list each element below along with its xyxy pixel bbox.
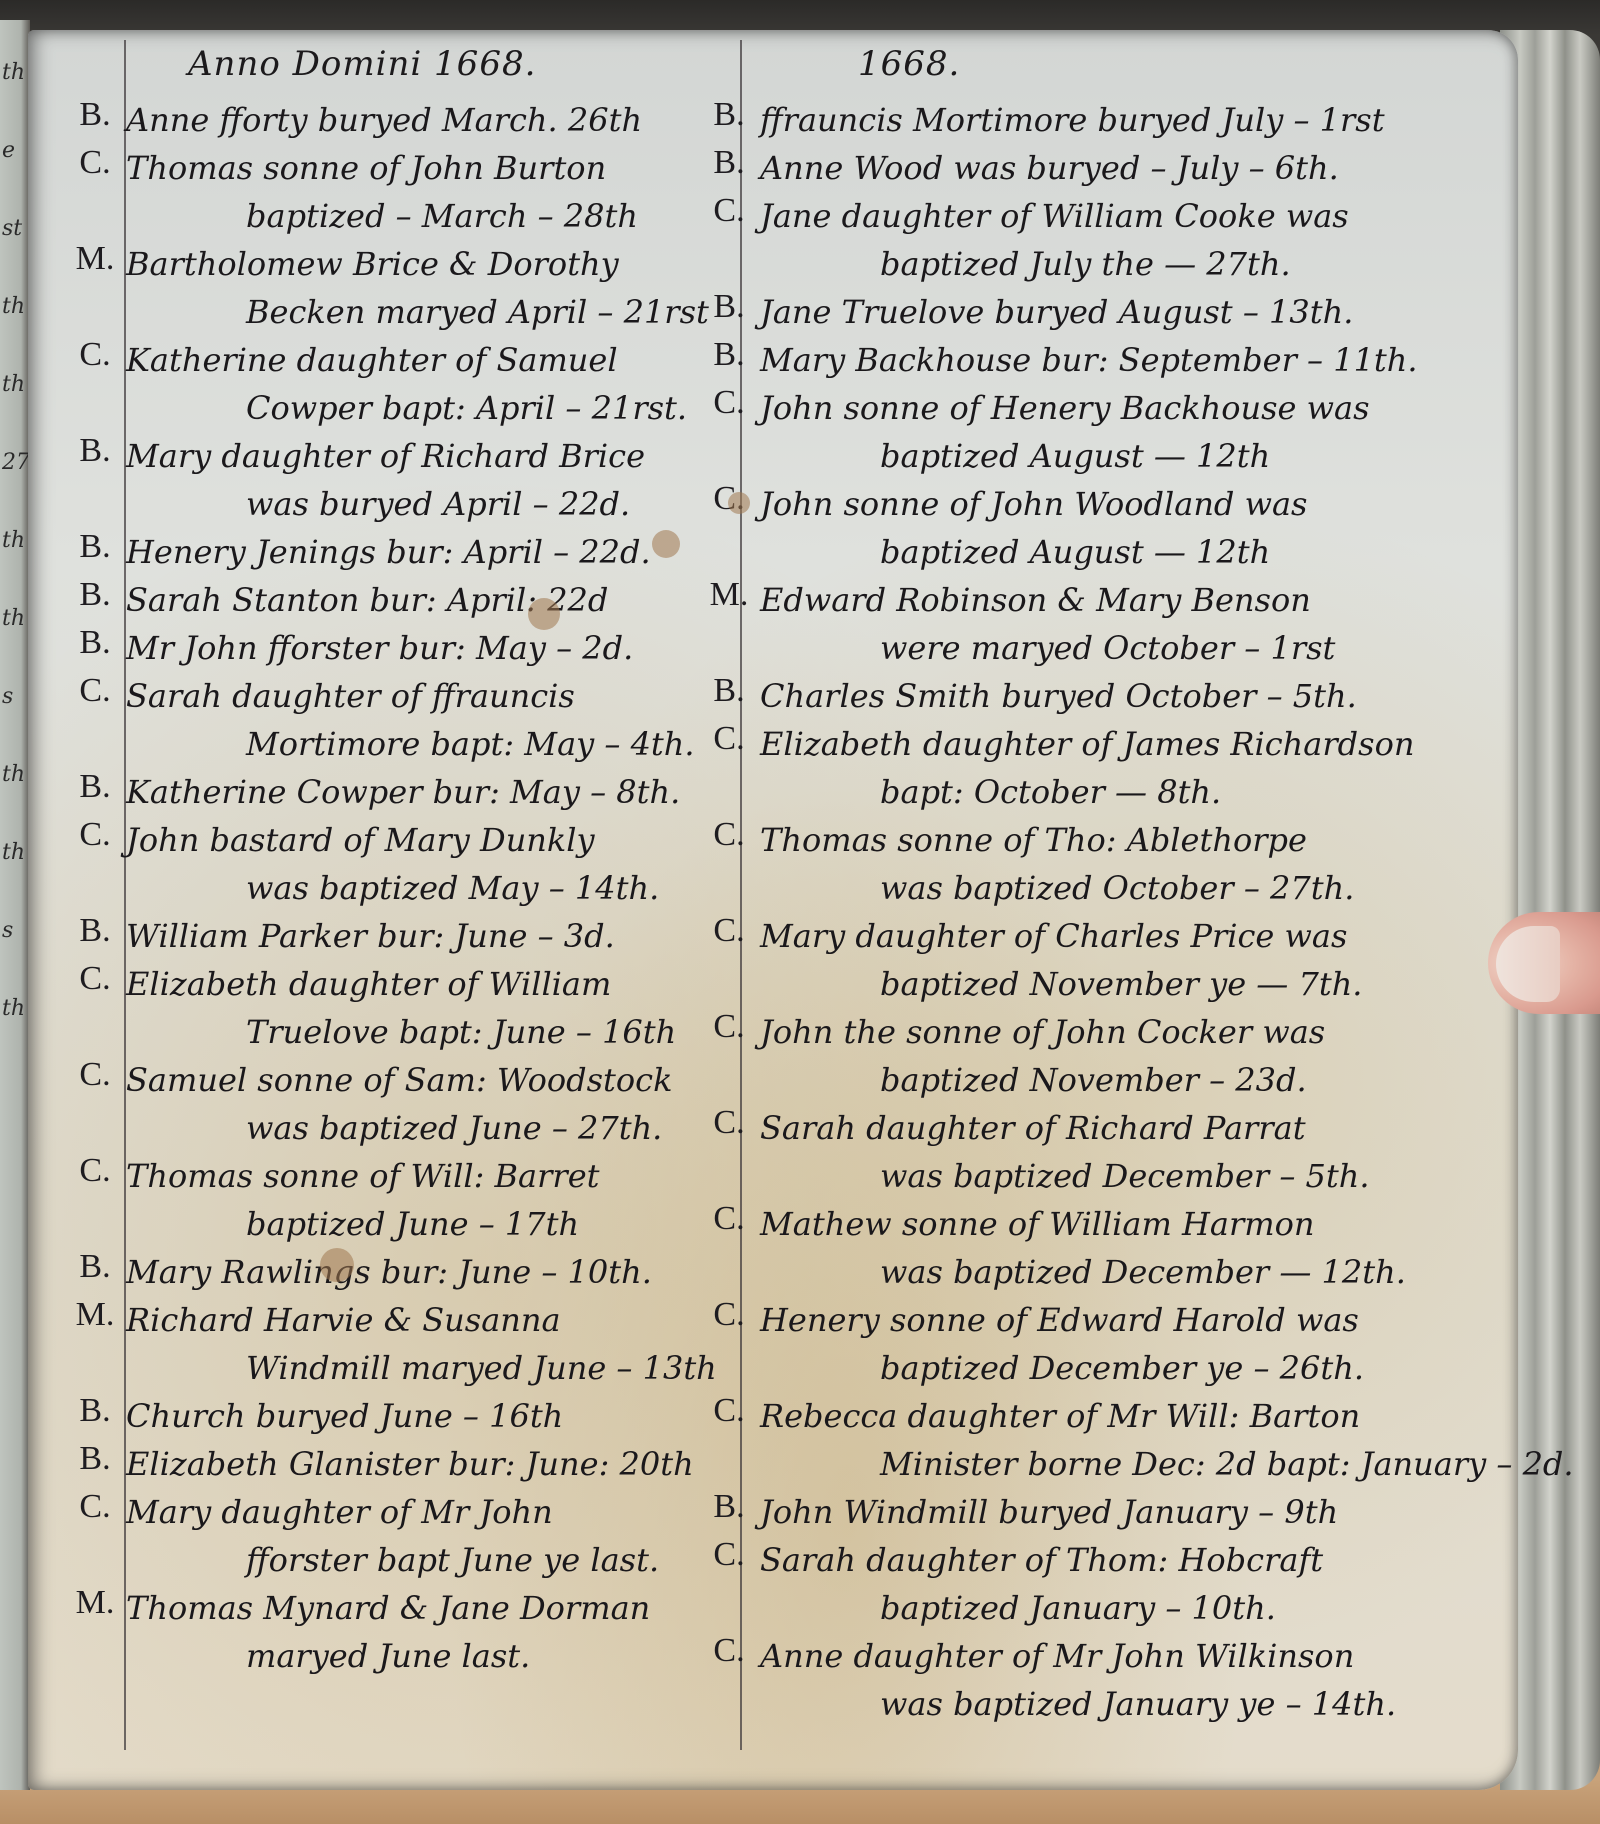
entry-type-marker: B. xyxy=(698,672,760,710)
entry-line: ffrauncis Mortimore buryed July – 1rst xyxy=(760,96,1518,144)
register-entry: B.Elizabeth Glanister bur: June: 20th xyxy=(64,1440,724,1488)
entry-line: baptized December ye – 26th. xyxy=(760,1344,1518,1392)
entry-text: Bartholomew Brice & DorothyBecken maryed… xyxy=(126,240,724,336)
entry-line: Henery sonne of Edward Harold was xyxy=(760,1296,1518,1344)
entry-line: Minister borne Dec: 2d bapt: January – 2… xyxy=(760,1440,1574,1488)
entry-line: were maryed October – 1rst xyxy=(760,624,1518,672)
register-entry: C.Elizabeth daughter of James Richardson… xyxy=(698,720,1518,816)
entry-type-marker: B. xyxy=(64,624,126,662)
entry-text: Henery sonne of Edward Harold wasbaptize… xyxy=(760,1296,1518,1392)
entry-type-marker: C. xyxy=(64,672,126,710)
entry-line: Katherine Cowper bur: May – 8th. xyxy=(126,768,724,816)
entry-text: Edward Robinson & Mary Bensonwere maryed… xyxy=(760,576,1518,672)
register-entry: C.Mary daughter of Mr Johnfforster bapt … xyxy=(64,1488,724,1584)
entry-text: Church buryed June – 16th xyxy=(126,1392,724,1440)
entry-line: Elizabeth daughter of James Richardson xyxy=(760,720,1518,768)
entry-line: Truelove bapt: June – 16th xyxy=(126,1008,724,1056)
register-entry: M.Thomas Mynard & Jane Dormanmaryed June… xyxy=(64,1584,724,1680)
left-column-entries: B.Anne fforty buryed March. 26thC.Thomas… xyxy=(64,96,724,1680)
entry-text: Sarah daughter of ffrauncisMortimore bap… xyxy=(126,672,724,768)
register-entry: B.Jane Truelove buryed August – 13th. xyxy=(698,288,1518,336)
entry-type-marker: C. xyxy=(64,336,126,374)
register-entry: B.Mr John fforster bur: May – 2d. xyxy=(64,624,724,672)
entry-line: Mary daughter of Richard Brice xyxy=(126,432,724,480)
entry-text: Mary daughter of Charles Price wasbaptiz… xyxy=(760,912,1518,1008)
entry-text: Charles Smith buryed October – 5th. xyxy=(760,672,1518,720)
entry-line: Mathew sonne of William Harmon xyxy=(760,1200,1518,1248)
entry-text: Mary Backhouse bur: September – 11th. xyxy=(760,336,1518,384)
register-entry: B.Sarah Stanton bur: April: 22d xyxy=(64,576,724,624)
entry-line: Thomas Mynard & Jane Dorman xyxy=(126,1584,724,1632)
entry-type-marker: B. xyxy=(64,96,126,134)
register-entry: B.Anne Wood was buryed – July – 6th. xyxy=(698,144,1518,192)
entry-line: John bastard of Mary Dunkly xyxy=(126,816,724,864)
entry-type-marker: C. xyxy=(64,1056,126,1094)
entry-text: Anne fforty buryed March. 26th xyxy=(126,96,724,144)
entry-line: was baptized June – 27th. xyxy=(126,1104,724,1152)
register-entry: C.Rebecca daughter of Mr Will: BartonMin… xyxy=(698,1392,1518,1488)
entry-line: John the sonne of John Cocker was xyxy=(760,1008,1518,1056)
entry-text: Mr John fforster bur: May – 2d. xyxy=(126,624,724,672)
register-entry: C.Mathew sonne of William Harmonwas bapt… xyxy=(698,1200,1518,1296)
entry-type-marker: B. xyxy=(698,336,760,374)
entry-line: Mary Rawlings bur: June – 10th. xyxy=(126,1248,724,1296)
register-entry: C.Henery sonne of Edward Harold wasbapti… xyxy=(698,1296,1518,1392)
entry-text: John Windmill buryed January – 9th xyxy=(760,1488,1518,1536)
entry-text: Sarah daughter of Richard Parratwas bapt… xyxy=(760,1104,1518,1200)
entry-type-marker: C. xyxy=(698,1392,760,1430)
entry-text: Mary daughter of Richard Bricewas buryed… xyxy=(126,432,724,528)
previous-page-fragment: e xyxy=(2,138,15,163)
entry-line: Anne daughter of Mr John Wilkinson xyxy=(760,1632,1518,1680)
entry-text: Jane daughter of William Cooke wasbaptiz… xyxy=(760,192,1518,288)
register-entry: C.Elizabeth daughter of WilliamTruelove … xyxy=(64,960,724,1056)
entry-text: William Parker bur: June – 3d. xyxy=(126,912,724,960)
entry-type-marker: C. xyxy=(698,1632,760,1670)
entry-line: baptized November ye — 7th. xyxy=(760,960,1518,1008)
entry-line: baptized January – 10th. xyxy=(760,1584,1518,1632)
entry-text: Rebecca daughter of Mr Will: BartonMinis… xyxy=(760,1392,1574,1488)
entry-line: Richard Harvie & Susanna xyxy=(126,1296,724,1344)
entry-type-marker: M. xyxy=(64,1584,126,1622)
entry-type-marker: C. xyxy=(698,192,760,230)
register-entry: M.Edward Robinson & Mary Bensonwere mary… xyxy=(698,576,1518,672)
entry-line: baptized August — 12th xyxy=(760,432,1518,480)
entry-type-marker: B. xyxy=(64,432,126,470)
register-entry: B.Mary daughter of Richard Bricewas bury… xyxy=(64,432,724,528)
entry-line: was baptized May – 14th. xyxy=(126,864,724,912)
entry-line: Mortimore bapt: May – 4th. xyxy=(126,720,724,768)
previous-page-fragment: th xyxy=(2,606,25,631)
register-entry: B.Anne fforty buryed March. 26th xyxy=(64,96,724,144)
entry-type-marker: C. xyxy=(698,720,760,758)
stain xyxy=(652,530,680,558)
entry-text: Elizabeth Glanister bur: June: 20th xyxy=(126,1440,724,1488)
entry-type-marker: C. xyxy=(698,1536,760,1574)
register-entry: C.John the sonne of John Cocker wasbapti… xyxy=(698,1008,1518,1104)
entry-line: Samuel sonne of Sam: Woodstock xyxy=(126,1056,724,1104)
entry-text: Thomas sonne of Tho: Ablethorpewas bapti… xyxy=(760,816,1518,912)
entry-line: Mary daughter of Charles Price was xyxy=(760,912,1518,960)
entry-line: Mary Backhouse bur: September – 11th. xyxy=(760,336,1518,384)
register-entry: C.Sarah daughter of Thom: Hobcraftbaptiz… xyxy=(698,1536,1518,1632)
right-column-entries: B.ffrauncis Mortimore buryed July – 1rst… xyxy=(698,96,1518,1728)
right-page-heading: 1668. xyxy=(858,44,960,84)
entry-line: maryed June last. xyxy=(126,1632,724,1680)
entry-line: Anne Wood was buryed – July – 6th. xyxy=(760,144,1518,192)
entry-line: Jane Truelove buryed August – 13th. xyxy=(760,288,1518,336)
entry-line: Church buryed June – 16th xyxy=(126,1392,724,1440)
entry-line: Thomas sonne of Will: Barret xyxy=(126,1152,724,1200)
previous-page-fragment: th xyxy=(2,840,25,865)
register-entry: B.Mary Rawlings bur: June – 10th. xyxy=(64,1248,724,1296)
entry-line: Katherine daughter of Samuel xyxy=(126,336,724,384)
previous-page-edge: thestthth27ththsththsth xyxy=(0,20,30,1790)
register-entry: B.ffrauncis Mortimore buryed July – 1rst xyxy=(698,96,1518,144)
register-entry: B.John Windmill buryed January – 9th xyxy=(698,1488,1518,1536)
register-entry: C.Mary daughter of Charles Price wasbapt… xyxy=(698,912,1518,1008)
register-page: Anno Domini 1668. 1668. B.Anne fforty bu… xyxy=(28,30,1518,1790)
entry-type-marker: C. xyxy=(64,960,126,998)
entry-type-marker: B. xyxy=(698,1488,760,1526)
stain xyxy=(728,492,750,514)
entry-type-marker: B. xyxy=(64,528,126,566)
entry-text: John bastard of Mary Dunklywas baptized … xyxy=(126,816,724,912)
previous-page-fragment: s xyxy=(2,684,13,709)
entry-text: Samuel sonne of Sam: Woodstockwas baptiz… xyxy=(126,1056,724,1152)
entry-line: Elizabeth Glanister bur: June: 20th xyxy=(126,1440,724,1488)
entry-line: baptized November – 23d. xyxy=(760,1056,1518,1104)
stain xyxy=(320,1248,354,1282)
entry-type-marker: B. xyxy=(64,1248,126,1286)
entry-text: ffrauncis Mortimore buryed July – 1rst xyxy=(760,96,1518,144)
entry-text: Elizabeth daughter of WilliamTruelove ba… xyxy=(126,960,724,1056)
register-entry: B.Church buryed June – 16th xyxy=(64,1392,724,1440)
register-entry: C.Thomas sonne of John Burtonbaptized – … xyxy=(64,144,724,240)
entry-line: Mr John fforster bur: May – 2d. xyxy=(126,624,724,672)
entry-text: Elizabeth daughter of James Richardsonba… xyxy=(760,720,1518,816)
entry-type-marker: B. xyxy=(698,288,760,326)
register-entry: C.Thomas sonne of Will: Barretbaptized J… xyxy=(64,1152,724,1248)
entry-type-marker: B. xyxy=(64,912,126,950)
entry-type-marker: B. xyxy=(698,144,760,182)
thumb-holding-page xyxy=(1488,912,1600,1014)
entry-text: Katherine daughter of SamuelCowper bapt:… xyxy=(126,336,724,432)
register-entry: B.Henery Jenings bur: April – 22d. xyxy=(64,528,724,576)
entry-line: Bartholomew Brice & Dorothy xyxy=(126,240,724,288)
entry-text: Anne Wood was buryed – July – 6th. xyxy=(760,144,1518,192)
entry-text: Thomas sonne of Will: Barretbaptized Jun… xyxy=(126,1152,724,1248)
entry-type-marker: M. xyxy=(698,576,760,614)
entry-type-marker: B. xyxy=(64,1392,126,1430)
entry-type-marker: C. xyxy=(64,816,126,854)
entry-line: Becken maryed April – 21rst xyxy=(126,288,724,336)
previous-page-fragment: st xyxy=(2,216,22,241)
entry-line: fforster bapt June ye last. xyxy=(126,1536,724,1584)
entry-type-marker: C. xyxy=(698,912,760,950)
thumbnail xyxy=(1496,926,1560,1002)
entry-line: Rebecca daughter of Mr Will: Barton xyxy=(760,1392,1574,1440)
entry-line: baptized June – 17th xyxy=(126,1200,724,1248)
previous-page-fragment: 27 xyxy=(2,450,30,475)
register-entry: C.Samuel sonne of Sam: Woodstockwas bapt… xyxy=(64,1056,724,1152)
entry-line: bapt: October — 8th. xyxy=(760,768,1518,816)
entry-text: Anne daughter of Mr John Wilkinsonwas ba… xyxy=(760,1632,1518,1728)
register-entry: B.William Parker bur: June – 3d. xyxy=(64,912,724,960)
entry-line: Sarah daughter of ffrauncis xyxy=(126,672,724,720)
entry-type-marker: C. xyxy=(698,1296,760,1334)
previous-page-fragment: th xyxy=(2,372,25,397)
entry-type-marker: B. xyxy=(64,1440,126,1478)
entry-line: Thomas sonne of Tho: Ablethorpe xyxy=(760,816,1518,864)
entry-text: Mathew sonne of William Harmonwas baptiz… xyxy=(760,1200,1518,1296)
entry-line: Cowper bapt: April – 21rst. xyxy=(126,384,724,432)
register-entry: C.Jane daughter of William Cooke wasbapt… xyxy=(698,192,1518,288)
previous-page-fragment: th xyxy=(2,996,25,1021)
register-entry: B.Mary Backhouse bur: September – 11th. xyxy=(698,336,1518,384)
entry-text: Richard Harvie & SusannaWindmill maryed … xyxy=(126,1296,724,1392)
entry-line: John sonne of Henery Backhouse was xyxy=(760,384,1518,432)
entry-text: Sarah Stanton bur: April: 22d xyxy=(126,576,724,624)
register-entry: C.John sonne of Henery Backhouse wasbapt… xyxy=(698,384,1518,480)
entry-type-marker: B. xyxy=(64,768,126,806)
entry-line: Sarah daughter of Richard Parrat xyxy=(760,1104,1518,1152)
register-entry: B.Charles Smith buryed October – 5th. xyxy=(698,672,1518,720)
entry-text: Mary daughter of Mr Johnfforster bapt Ju… xyxy=(126,1488,724,1584)
entry-line: baptized August — 12th xyxy=(760,528,1518,576)
entry-line: was baptized October – 27th. xyxy=(760,864,1518,912)
entry-type-marker: C. xyxy=(64,144,126,182)
entry-type-marker: C. xyxy=(64,1488,126,1526)
register-entry: C.Thomas sonne of Tho: Ablethorpewas bap… xyxy=(698,816,1518,912)
register-entry: C.Sarah daughter of ffrauncisMortimore b… xyxy=(64,672,724,768)
entry-line: Thomas sonne of John Burton xyxy=(126,144,724,192)
register-entry: M.Richard Harvie & SusannaWindmill marye… xyxy=(64,1296,724,1392)
entry-line: was baptized December — 12th. xyxy=(760,1248,1518,1296)
register-entry: C.Sarah daughter of Richard Parratwas ba… xyxy=(698,1104,1518,1200)
entry-line: Anne fforty buryed March. 26th xyxy=(126,96,724,144)
entry-text: Jane Truelove buryed August – 13th. xyxy=(760,288,1518,336)
previous-page-fragment: th xyxy=(2,762,25,787)
entry-line: Edward Robinson & Mary Benson xyxy=(760,576,1518,624)
entry-line: Sarah daughter of Thom: Hobcraft xyxy=(760,1536,1518,1584)
register-entry: C.Katherine daughter of SamuelCowper bap… xyxy=(64,336,724,432)
entry-text: Henery Jenings bur: April – 22d. xyxy=(126,528,724,576)
entry-line: Windmill maryed June – 13th xyxy=(126,1344,724,1392)
entry-line: Charles Smith buryed October – 5th. xyxy=(760,672,1518,720)
entry-line: Henery Jenings bur: April – 22d. xyxy=(126,528,724,576)
entry-line: John sonne of John Woodland was xyxy=(760,480,1518,528)
entry-line: Sarah Stanton bur: April: 22d xyxy=(126,576,724,624)
entry-text: Thomas Mynard & Jane Dormanmaryed June l… xyxy=(126,1584,724,1680)
register-entry: M.Bartholomew Brice & DorothyBecken mary… xyxy=(64,240,724,336)
previous-page-fragment: th xyxy=(2,528,25,553)
previous-page-fragment: th xyxy=(2,60,25,85)
entry-text: John sonne of Henery Backhouse wasbaptiz… xyxy=(760,384,1518,480)
entry-text: Mary Rawlings bur: June – 10th. xyxy=(126,1248,724,1296)
entry-type-marker: M. xyxy=(64,1296,126,1334)
entry-line: Jane daughter of William Cooke was xyxy=(760,192,1518,240)
entry-type-marker: C. xyxy=(64,1152,126,1190)
previous-page-fragment: th xyxy=(2,294,25,319)
entry-type-marker: C. xyxy=(698,1200,760,1238)
entry-type-marker: B. xyxy=(698,96,760,134)
stain xyxy=(528,598,560,630)
previous-page-fragment: s xyxy=(2,918,13,943)
entry-line: John Windmill buryed January – 9th xyxy=(760,1488,1518,1536)
entry-type-marker: M. xyxy=(64,240,126,278)
entry-line: was baptized December – 5th. xyxy=(760,1152,1518,1200)
entry-type-marker: B. xyxy=(64,576,126,614)
left-page-heading: Anno Domini 1668. xyxy=(188,44,536,84)
register-entry: B.Katherine Cowper bur: May – 8th. xyxy=(64,768,724,816)
entry-type-marker: C. xyxy=(698,1104,760,1142)
entry-text: Katherine Cowper bur: May – 8th. xyxy=(126,768,724,816)
entry-line: was buryed April – 22d. xyxy=(126,480,724,528)
entry-line: Elizabeth daughter of William xyxy=(126,960,724,1008)
entry-type-marker: C. xyxy=(698,816,760,854)
entry-text: Thomas sonne of John Burtonbaptized – Ma… xyxy=(126,144,724,240)
register-entry: C.Anne daughter of Mr John Wilkinsonwas … xyxy=(698,1632,1518,1728)
entry-line: baptized – March – 28th xyxy=(126,192,724,240)
register-entry: C.John sonne of John Woodland wasbaptize… xyxy=(698,480,1518,576)
entry-text: Sarah daughter of Thom: Hobcraftbaptized… xyxy=(760,1536,1518,1632)
entry-text: John sonne of John Woodland wasbaptized … xyxy=(760,480,1518,576)
entry-type-marker: C. xyxy=(698,1008,760,1046)
entry-text: John the sonne of John Cocker wasbaptize… xyxy=(760,1008,1518,1104)
entry-line: baptized July the — 27th. xyxy=(760,240,1518,288)
entry-line: Mary daughter of Mr John xyxy=(126,1488,724,1536)
entry-line: William Parker bur: June – 3d. xyxy=(126,912,724,960)
register-entry: C.John bastard of Mary Dunklywas baptize… xyxy=(64,816,724,912)
entry-line: was baptized January ye – 14th. xyxy=(760,1680,1518,1728)
entry-type-marker: C. xyxy=(698,384,760,422)
